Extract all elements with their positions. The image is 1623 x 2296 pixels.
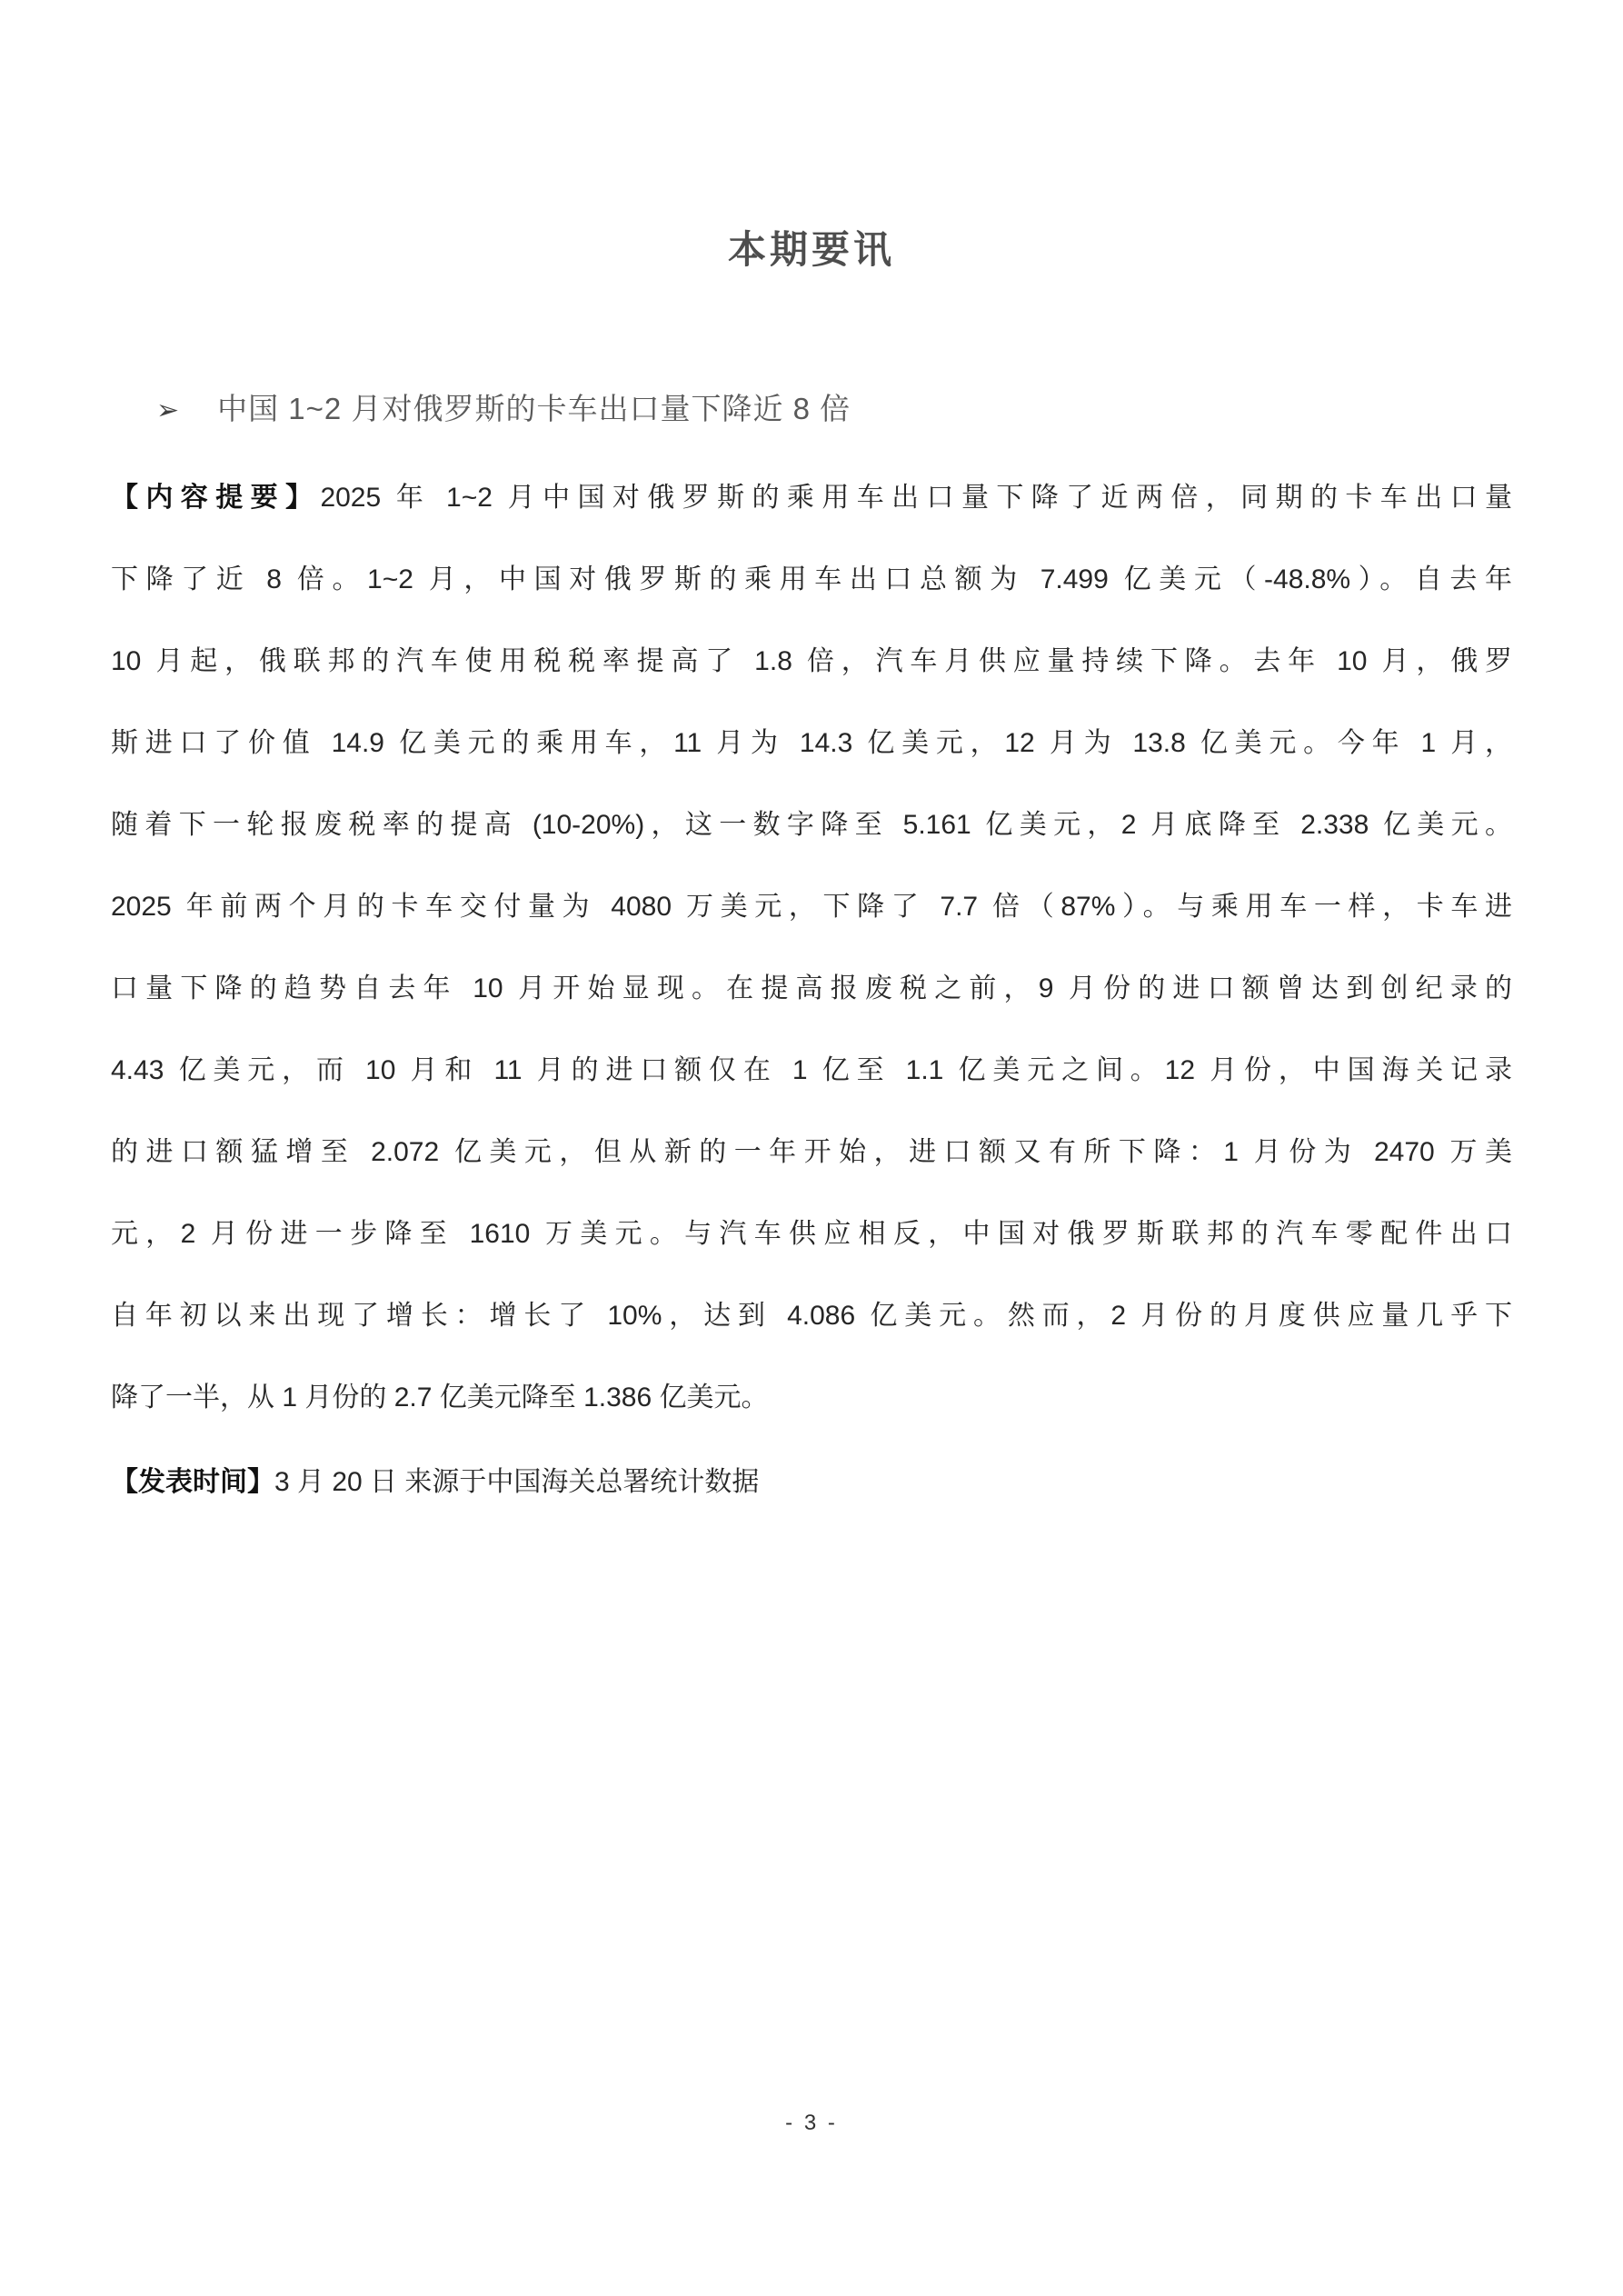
summary-line: 随着下一轮报废税率的提高 (10-20%)，这一数字降至 5.161 亿美元，2… xyxy=(111,784,1512,866)
summary-line-text: 2025 年 1~2 月中国对俄罗斯的乘用车出口量下降了近两倍，同期的卡车出口量 xyxy=(320,483,1512,513)
summary-line: 下降了近 8 倍。1~2 月，中国对俄罗斯的乘用车出口总额为 7.499 亿美元… xyxy=(111,539,1512,621)
page-title: 本期要讯 xyxy=(0,0,1623,275)
summary-line: 2025 年前两个月的卡车交付量为 4080 万美元，下降了 7.7 倍（87%… xyxy=(111,866,1512,948)
document-page: 本期要讯 ➢ 中国 1~2 月对俄罗斯的卡车出口量下降近 8 倍 【内容提要】2… xyxy=(0,0,1623,2296)
summary-line: 4.43 亿美元，而 10 月和 11 月的进口额仅在 1 亿至 1.1 亿美元… xyxy=(111,1030,1512,1112)
summary-line: 元，2 月份进一步降至 1610 万美元。与汽车供应相反，中国对俄罗斯联邦的汽车… xyxy=(111,1193,1512,1275)
summary-label: 【内容提要】 xyxy=(111,483,320,513)
summary-line: 斯进口了价值 14.9 亿美元的乘用车，11 月为 14.3 亿美元，12 月为… xyxy=(111,703,1512,784)
summary-line: 【内容提要】2025 年 1~2 月中国对俄罗斯的乘用车出口量下降了近两倍，同期… xyxy=(111,457,1512,539)
headline-text: 中国 1~2 月对俄罗斯的卡车出口量下降近 8 倍 xyxy=(217,385,851,428)
summary-line: 降了一半，从 1 月份的 2.7 亿美元降至 1.386 亿美元。 xyxy=(111,1357,1512,1439)
summary-paragraph: 【内容提要】2025 年 1~2 月中国对俄罗斯的乘用车出口量下降了近两倍，同期… xyxy=(111,457,1512,1439)
arrow-bullet-icon: ➢ xyxy=(156,394,179,426)
publish-label: 【发表时间】 xyxy=(111,1467,274,1497)
summary-line: 的进口额猛增至 2.072 亿美元，但从新的一年开始，进口额又有所下降：1 月份… xyxy=(111,1112,1512,1193)
publish-info: 【发表时间】3 月 20 日 来源于中国海关总署统计数据 xyxy=(111,1446,1512,1519)
summary-line: 自年初以来出现了增长：增长了 10%，达到 4.086 亿美元。然而，2 月份的… xyxy=(111,1275,1512,1357)
publish-text: 3 月 20 日 来源于中国海关总署统计数据 xyxy=(274,1467,759,1497)
page-number: - 3 - xyxy=(0,2111,1623,2136)
headline: ➢ 中国 1~2 月对俄罗斯的卡车出口量下降近 8 倍 xyxy=(156,385,1514,428)
summary-line: 口量下降的趋势自去年 10 月开始显现。在提高报废税之前，9 月份的进口额曾达到… xyxy=(111,948,1512,1030)
summary-line: 10 月起，俄联邦的汽车使用税税率提高了 1.8 倍，汽车月供应量持续下降。去年… xyxy=(111,621,1512,703)
